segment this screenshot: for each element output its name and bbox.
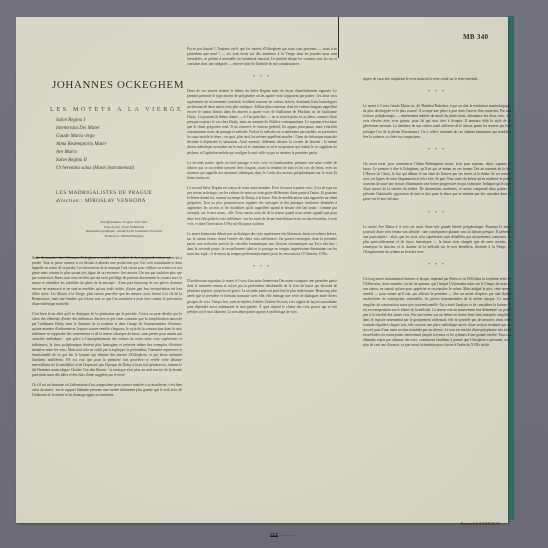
paragraph: Le second Salve Regina est conçu de tout… bbox=[187, 186, 337, 227]
label-logo-icon: ΔΣΣ bbox=[270, 533, 278, 537]
paragraph: signes de caractère implorant le texte m… bbox=[363, 77, 511, 82]
author-last-name: GAGNEPAIN bbox=[476, 522, 500, 526]
liner-notes-column-left: Seule de manière sûre, Johannes Ockeghem… bbox=[32, 256, 182, 403]
asterism: * * * bbox=[187, 265, 337, 269]
paragraph: Le motet Ave Maria à 4 voix est aussi d'… bbox=[363, 225, 511, 256]
credit-line: Traduction : Michel Hougaste bbox=[64, 234, 184, 239]
paragraph: Seule de manière sûre, Johannes Ockeghem… bbox=[32, 256, 182, 307]
director-name: MIROSLAV VENHODA bbox=[85, 198, 146, 204]
asterism: * * * bbox=[187, 75, 337, 79]
production-credits: Enregistrement : Prague, avril 1965 Pris… bbox=[64, 220, 184, 238]
paragraph: La seconde partie, après un bref passage… bbox=[187, 161, 337, 181]
liner-notes-column-middle: Est-ce par hasard ? Toujours est-il que … bbox=[187, 47, 337, 320]
composer-name: JOHANNES OCKEGHEM bbox=[52, 79, 184, 91]
track-item: Ut heremita solus (Motet instrumental) bbox=[56, 165, 134, 173]
track-item: Ave Maria bbox=[56, 149, 134, 157]
track-item: Intemerata Dei Mater bbox=[56, 125, 134, 133]
asterism: * * * bbox=[363, 211, 511, 215]
header-divider bbox=[338, 17, 339, 58]
album-title: LES MOTETS A LA VIERGE bbox=[50, 106, 183, 113]
paragraph: Un long motet instrumental termine ce di… bbox=[363, 277, 511, 348]
paragraph: Le motet à 5 voix Gaude Maria est, dit M… bbox=[363, 104, 511, 140]
record-back-cover: MB 340 JOHANNES OCKEGHEM LES MOTETS A LA… bbox=[16, 17, 508, 523]
director-label: direction : bbox=[56, 198, 83, 204]
director-line: direction : MIROSLAV VENHODA bbox=[56, 198, 146, 204]
paragraph: Deux de ces motets traitent le thème du … bbox=[187, 89, 337, 155]
author-first-name: Bernard bbox=[461, 522, 475, 526]
paragraph: C'est bien là en effet qu'il se distingu… bbox=[32, 312, 182, 378]
author-signature: Bernard GAGNEPAIN bbox=[461, 522, 500, 526]
asterism: * * * bbox=[363, 263, 511, 267]
paragraph: Or s'il est un domaine où l'affirmation … bbox=[32, 383, 182, 398]
asterism: * * * bbox=[363, 90, 511, 94]
track-item: Salve Regina II bbox=[56, 157, 134, 165]
logo-caption: Imprimé en France bbox=[280, 535, 297, 537]
asterism: * * * bbox=[363, 148, 511, 152]
ensemble-name: LES MADRIGALISTES DE PRAGUE bbox=[56, 190, 152, 196]
paragraph: Le motet Intemerata débute par un dialog… bbox=[187, 232, 337, 257]
track-list: Salve Regina I Intemerata Dei Mater Gaud… bbox=[56, 117, 134, 173]
liner-notes-column-right: signes de caractère implorant le texte m… bbox=[363, 77, 511, 353]
paragraph: On serait tenté, pour commencer l'Alma R… bbox=[363, 162, 511, 203]
paragraph: Est-ce par hasard ? Toujours est-il que … bbox=[187, 47, 337, 67]
track-item: Gaude Maria virgo bbox=[56, 133, 134, 141]
track-item: Salve Regina I bbox=[56, 117, 134, 125]
track-item: Alma Redemptoris Mater bbox=[56, 141, 134, 149]
paragraph: D'architecture tripartite, le motet à 5 … bbox=[187, 279, 337, 315]
catalog-number: MB 340 bbox=[463, 33, 488, 41]
